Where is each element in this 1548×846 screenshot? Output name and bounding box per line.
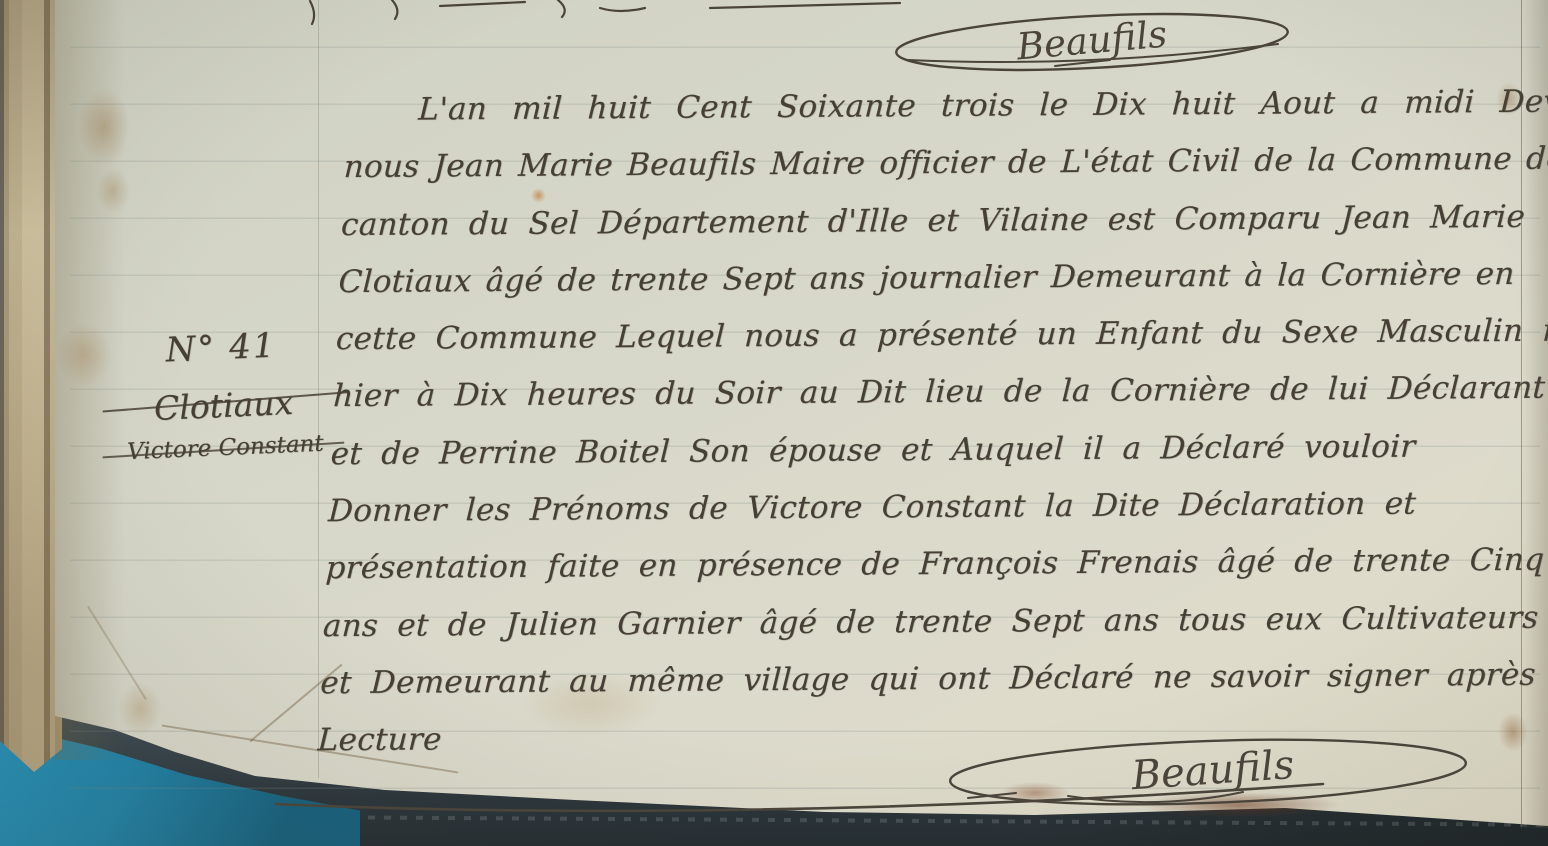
act-line: Donner les Prénoms de Victore Constant l… [327,475,1530,541]
act-line: hier à Dix heures du Soir au Dit lieu de… [332,360,1535,426]
act-line: cette Commune Lequel nous a présenté un … [335,303,1538,369]
act-body-text: L'an mil huit Cent Soixante trois le Dix… [316,74,1547,770]
signature-bottom: Beaufils [268,716,1488,831]
cropped-previous-line-strokes [300,0,940,26]
act-line: Clotiaux âgé de trente Sept ans journali… [337,246,1540,312]
act-line: ans et de Julien Garnier âgé de trente S… [322,590,1525,656]
act-number: N° 41 [105,323,337,373]
signature-bottom-name: Beaufils [1129,742,1295,799]
signature-top: Beaufils [880,2,1310,82]
act-line: et Demeurant au même village qui ont Déc… [319,647,1522,713]
act-line: nous Jean Marie Beaufils Maire officier … [342,131,1545,197]
stacked-page-edges [0,0,62,772]
act-line: L'an mil huit Cent Soixante trois le Dix… [345,74,1548,140]
act-line: présentation faite en présence de Franço… [324,532,1527,598]
margin-annotation: N° 41 Clotiaux Victore Constant [105,323,341,466]
register-photo: Beaufils N° 41 Clotiaux Victore Constant… [0,0,1548,846]
margin-surname: Clotiaux [108,381,339,430]
act-line: canton du Sel Département d'Ille et Vila… [340,188,1543,254]
act-line: et de Perrine Boitel Son épouse et Auque… [329,418,1532,484]
